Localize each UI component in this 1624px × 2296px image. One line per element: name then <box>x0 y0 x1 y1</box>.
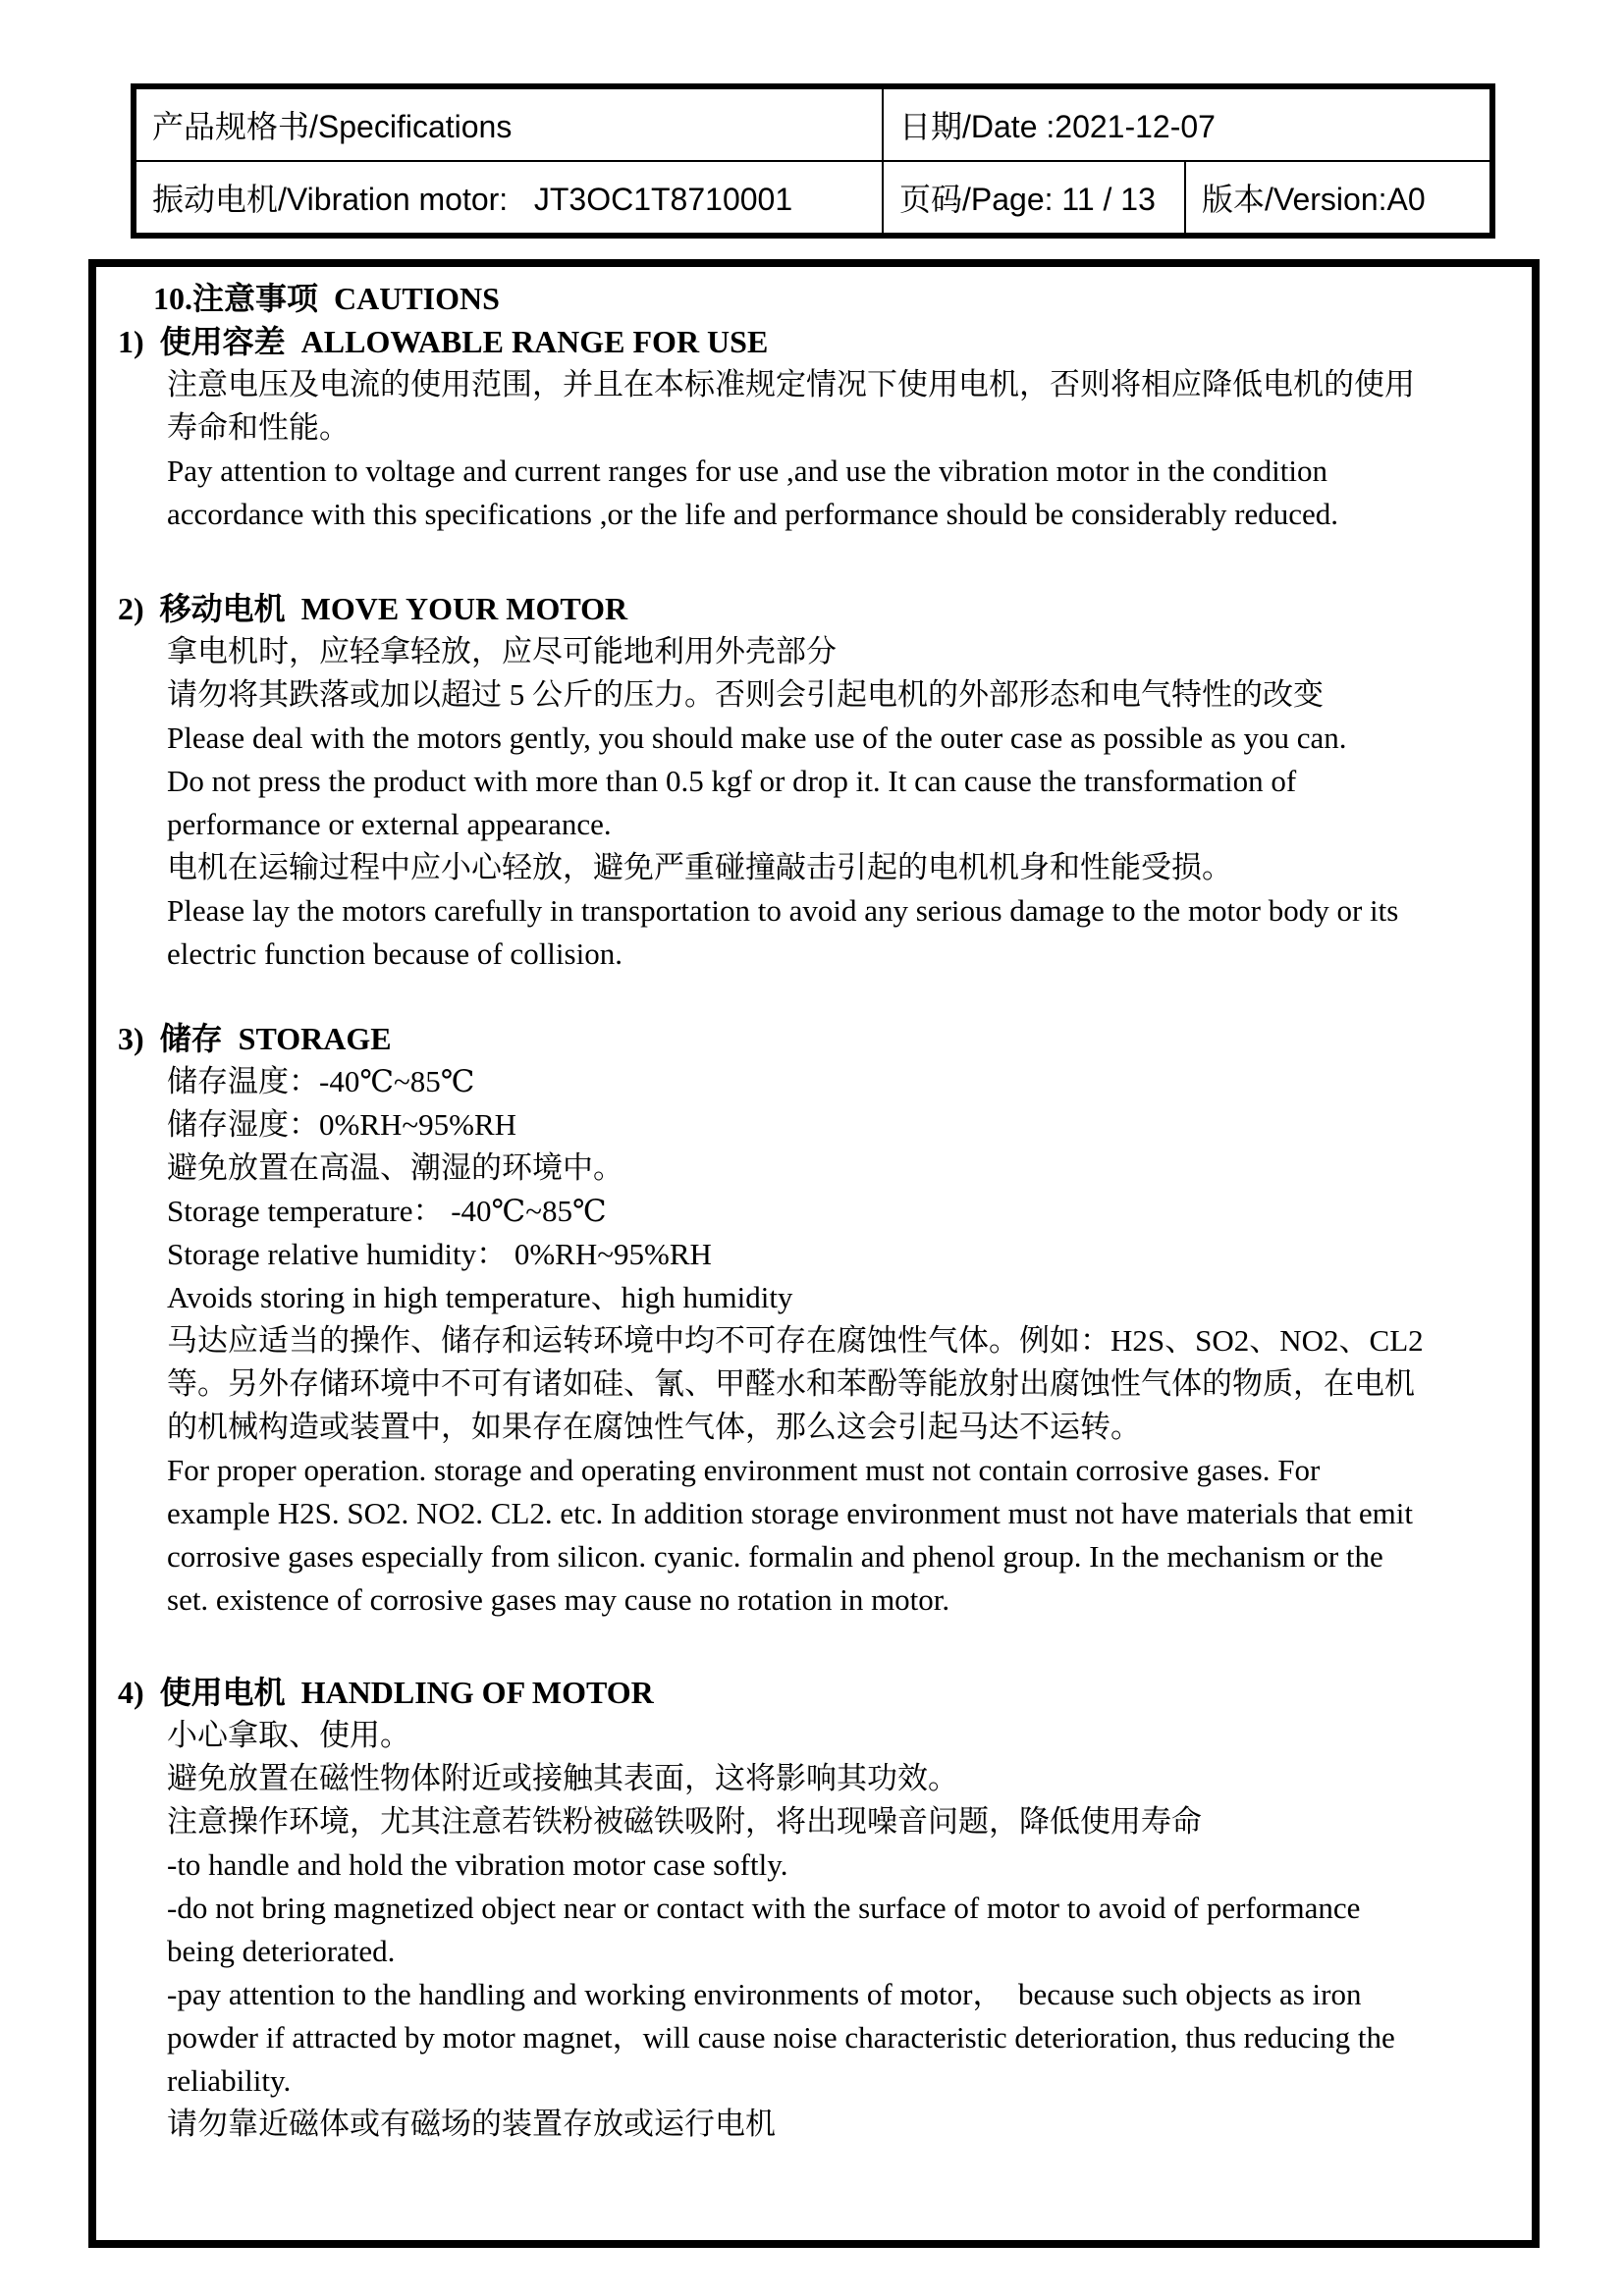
body-line: For proper operation. storage and operat… <box>96 1449 1532 1492</box>
body-line: -to handle and hold the vibration motor … <box>96 1843 1532 1887</box>
body-line: Do not press the product with more than … <box>96 760 1532 803</box>
body-line: Avoids storing in high temperature、high … <box>96 1276 1532 1319</box>
document-page: 产品规格书/Specifications 日期/Date :2021-12-07… <box>0 0 1624 2296</box>
section-heading: 1) 使用容差 ALLOWABLE RANGE FOR USE <box>96 320 1532 363</box>
body-line: 拿电机时，应轻拿轻放，应尽可能地利用外壳部分 <box>96 630 1532 673</box>
body-line: 马达应适当的操作、储存和运转环境中均不可存在腐蚀性气体。例如：H2S、SO2、N… <box>96 1319 1532 1362</box>
header-row-1: 产品规格书/Specifications 日期/Date :2021-12-07 <box>136 89 1489 162</box>
body-line: 避免放置在磁性物体附近或接触其表面，这将影响其功效。 <box>96 1757 1532 1800</box>
body-line: -pay attention to the handling and worki… <box>96 1973 1532 2016</box>
body-line: 避免放置在高温、潮湿的环境中。 <box>96 1147 1532 1190</box>
body-line: 请勿将其跌落或加以超过 5 公斤的压力。否则会引起电机的外部形态和电气特性的改变 <box>96 673 1532 717</box>
header-cell-motor-model: 振动电机/Vibration motor: JT3OC1T8710001 <box>136 162 884 233</box>
body-line: 电机在运输过程中应小心轻放，避免严重碰撞敲击引起的电机机身和性能受损。 <box>96 846 1532 889</box>
body-line: Storage temperature： -40℃~85℃ <box>96 1190 1532 1233</box>
body-line: example H2S. SO2. NO2. CL2. etc. In addi… <box>96 1492 1532 1535</box>
body-line: Please deal with the motors gently, you … <box>96 717 1532 760</box>
body-line: 注意操作环境，尤其注意若铁粉被磁铁吸附，将出现噪音问题，降低使用寿命 <box>96 1800 1532 1843</box>
section-move-motor: 2) 移动电机 MOVE YOUR MOTOR 拿电机时，应轻拿轻放，应尽可能地… <box>96 587 1532 976</box>
body-line: powder if attracted by motor magnet，will… <box>96 2016 1532 2059</box>
body-line: 注意电压及电流的使用范围，并且在本标准规定情况下使用电机，否则将相应降低电机的使… <box>96 363 1532 406</box>
body-line: being deteriorated. <box>96 1930 1532 1973</box>
body-line: Please lay the motors carefully in trans… <box>96 889 1532 933</box>
body-line: 寿命和性能。 <box>96 406 1532 450</box>
body-line: electric function because of collision. <box>96 933 1532 976</box>
section-heading: 4) 使用电机 HANDLING OF MOTOR <box>96 1671 1532 1714</box>
body-line: 的机械构造或装置中，如果存在腐蚀性气体，那么这会引起马达不运转。 <box>96 1406 1532 1449</box>
body-line: reliability. <box>96 2059 1532 2103</box>
header-row-2: 振动电机/Vibration motor: JT3OC1T8710001 页码/… <box>136 162 1489 233</box>
header-cell-specifications: 产品规格书/Specifications <box>136 89 884 160</box>
body-line: 等。另外存储环境中不可有诸如硅、氰、甲醛水和苯酚等能放射出腐蚀性气体的物质，在电… <box>96 1362 1532 1406</box>
header-table: 产品规格书/Specifications 日期/Date :2021-12-07… <box>131 83 1495 239</box>
body-line: performance or external appearance. <box>96 803 1532 846</box>
cautions-title: 10.注意事项 CAUTIONS <box>96 277 1532 320</box>
section-storage: 3) 储存 STORAGE 储存温度：-40℃~85℃ 储存湿度：0%RH~95… <box>96 1017 1532 1622</box>
body-line: 储存湿度：0%RH~95%RH <box>96 1103 1532 1147</box>
body-line: Pay attention to voltage and current ran… <box>96 450 1532 493</box>
section-handling: 4) 使用电机 HANDLING OF MOTOR 小心拿取、使用。 避免放置在… <box>96 1671 1532 2146</box>
header-cell-date: 日期/Date :2021-12-07 <box>884 89 1489 160</box>
body-line: corrosive gases especially from silicon.… <box>96 1535 1532 1578</box>
header-cell-page: 页码/Page: 11 / 13 <box>884 162 1186 233</box>
body-line: 储存温度：-40℃~85℃ <box>96 1060 1532 1103</box>
section-allowable-range: 1) 使用容差 ALLOWABLE RANGE FOR USE 注意电压及电流的… <box>96 320 1532 536</box>
body-line: 请勿靠近磁体或有磁场的装置存放或运行电机 <box>96 2103 1532 2146</box>
header-cell-version: 版本/Version:A0 <box>1186 162 1489 233</box>
body-line: set. existence of corrosive gases may ca… <box>96 1578 1532 1622</box>
body-line: Storage relative humidity： 0%RH~95%RH <box>96 1233 1532 1276</box>
section-heading: 3) 储存 STORAGE <box>96 1017 1532 1060</box>
body-line: accordance with this specifications ,or … <box>96 493 1532 536</box>
section-heading: 2) 移动电机 MOVE YOUR MOTOR <box>96 587 1532 630</box>
cautions-box: 10.注意事项 CAUTIONS 1) 使用容差 ALLOWABLE RANGE… <box>88 259 1540 2248</box>
body-line: -do not bring magnetized object near or … <box>96 1887 1532 1930</box>
body-line: 小心拿取、使用。 <box>96 1714 1532 1757</box>
